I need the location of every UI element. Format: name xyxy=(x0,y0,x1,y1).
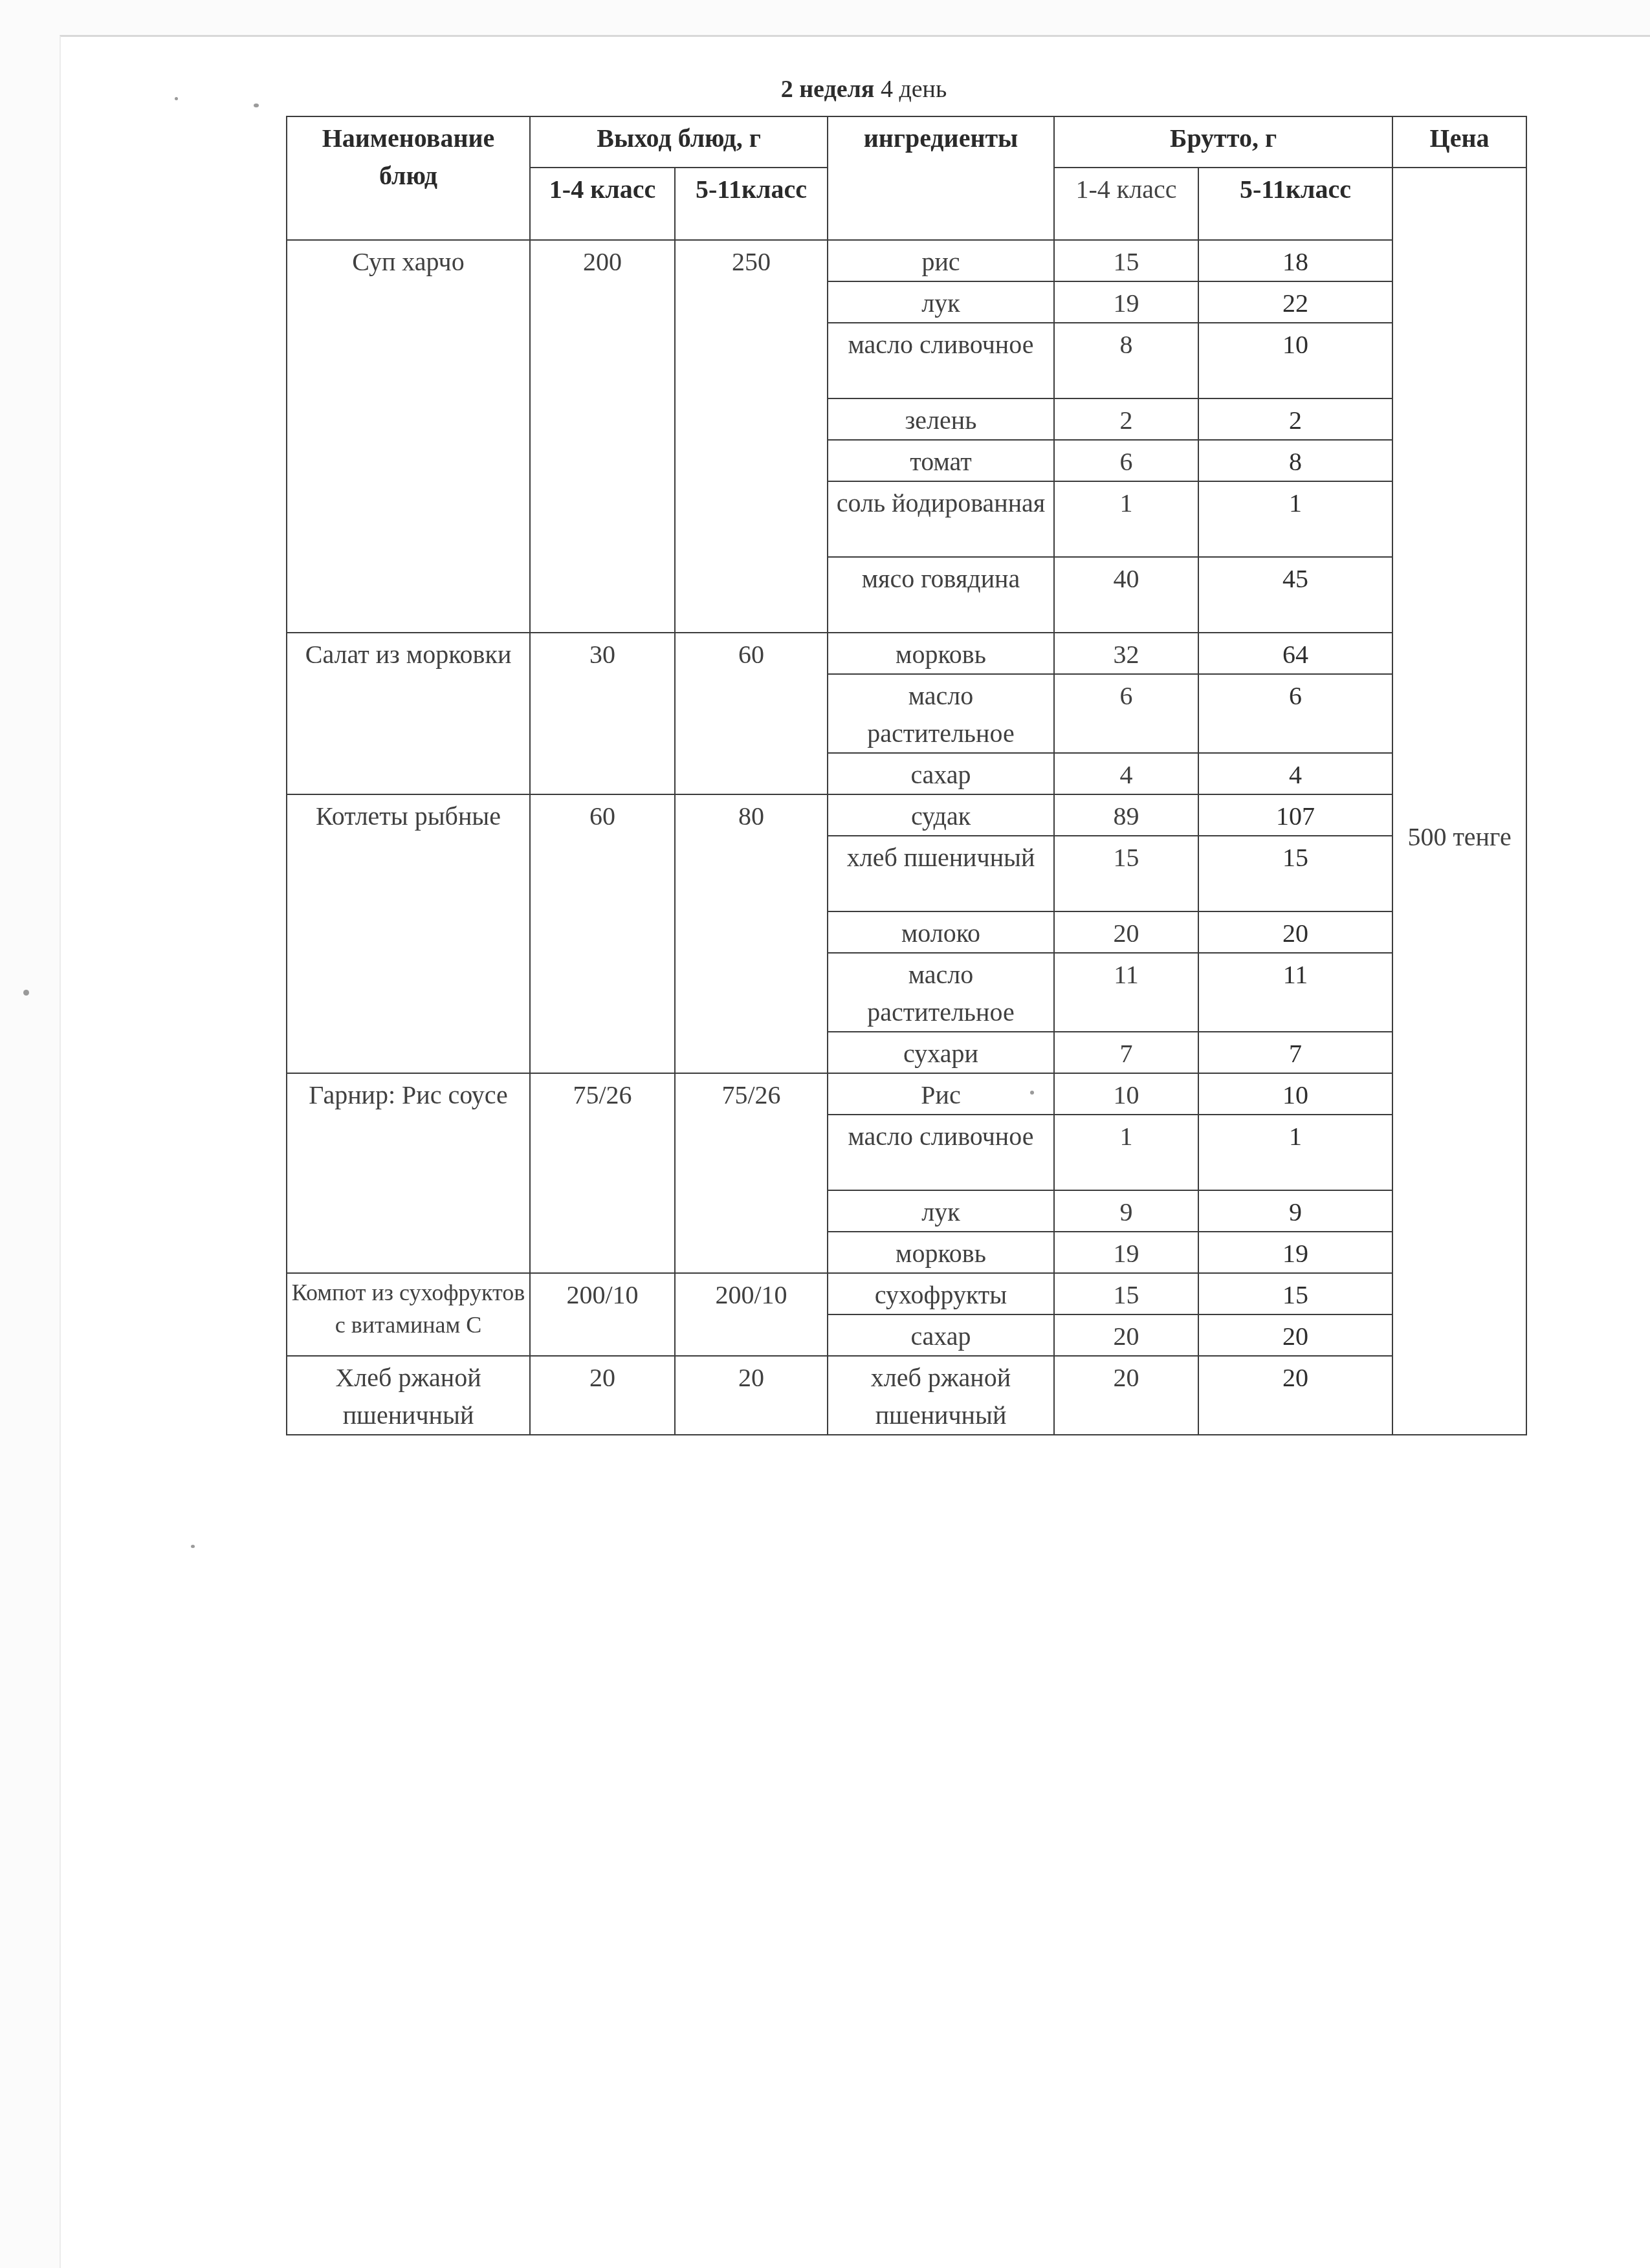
header-ingredients: ингредиенты xyxy=(828,116,1054,240)
header-yield-5-11: 5-11класс xyxy=(675,168,828,240)
gross-1-4: 15 xyxy=(1054,836,1198,911)
ingredient-name: молоко xyxy=(828,911,1054,953)
header-price-blank xyxy=(1392,168,1526,240)
header-gross-5-11: 5-11класс xyxy=(1198,168,1392,240)
dish-yield-1-4: 30 xyxy=(530,633,675,794)
ingredient-name: масло растительное xyxy=(828,674,1054,753)
gross-5-11: 2 xyxy=(1198,398,1392,440)
dish-name: Котлеты рыбные xyxy=(287,794,530,1073)
dish-yield-1-4: 200 xyxy=(530,240,675,633)
header-gross: Брутто, г xyxy=(1054,116,1392,168)
gross-5-11: 6 xyxy=(1198,674,1392,753)
gross-1-4: 89 xyxy=(1054,794,1198,836)
gross-5-11: 20 xyxy=(1198,1314,1392,1356)
gross-1-4: 7 xyxy=(1054,1032,1198,1073)
menu-body: Суп харчо200250рис1518 500 тенге лук1922… xyxy=(287,240,1526,1435)
title-week: 2 неделя xyxy=(781,76,875,103)
gross-1-4: 32 xyxy=(1054,633,1198,674)
ingredient-name: судак xyxy=(828,794,1054,836)
ingredient-name: хлеб пшеничный xyxy=(828,836,1054,911)
dish-name: Гарнир: Рис соусе xyxy=(287,1073,530,1273)
ingredient-name: хлеб ржаной пшеничный xyxy=(828,1356,1054,1435)
table-row: Компот из сухофруктов с витаминам С200/1… xyxy=(287,1273,1526,1314)
gross-5-11: 20 xyxy=(1198,1356,1392,1435)
table-row: Салат из морковки3060морковь3264 xyxy=(287,633,1526,674)
gross-5-11: 22 xyxy=(1198,281,1392,323)
gross-1-4: 15 xyxy=(1054,1273,1198,1314)
ingredient-name: масло сливочное xyxy=(828,1115,1054,1190)
gross-5-11: 4 xyxy=(1198,753,1392,794)
gross-5-11: 7 xyxy=(1198,1032,1392,1073)
price-value: 500 тенге xyxy=(1407,822,1511,851)
gross-1-4: 1 xyxy=(1054,481,1198,557)
menu-table: Наименование блюд Выход блюд, г ингредие… xyxy=(286,116,1527,1435)
gross-1-4: 40 xyxy=(1054,557,1198,633)
gross-1-4: 19 xyxy=(1054,281,1198,323)
gross-5-11: 10 xyxy=(1198,323,1392,398)
dish-yield-1-4: 200/10 xyxy=(530,1273,675,1356)
dish-yield-5-11: 60 xyxy=(675,633,828,794)
dish-name: Суп харчо xyxy=(287,240,530,633)
dish-name: Салат из морковки xyxy=(287,633,530,794)
gross-5-11: 45 xyxy=(1198,557,1392,633)
dish-yield-5-11: 20 xyxy=(675,1356,828,1435)
dish-name: Хлеб ржаной пшеничный xyxy=(287,1356,530,1435)
table-row: Суп харчо200250рис1518 500 тенге xyxy=(287,240,1526,281)
gross-1-4: 15 xyxy=(1054,240,1198,281)
gross-5-11: 11 xyxy=(1198,953,1392,1032)
gross-1-4: 4 xyxy=(1054,753,1198,794)
gross-5-11: 107 xyxy=(1198,794,1392,836)
gross-1-4: 10 xyxy=(1054,1073,1198,1115)
ingredient-name: морковь xyxy=(828,633,1054,674)
gross-1-4: 6 xyxy=(1054,674,1198,753)
gross-5-11: 64 xyxy=(1198,633,1392,674)
gross-1-4: 20 xyxy=(1054,911,1198,953)
dish-yield-1-4: 60 xyxy=(530,794,675,1073)
gross-1-4: 20 xyxy=(1054,1314,1198,1356)
ingredient-name: морковь xyxy=(828,1232,1054,1273)
dish-yield-5-11: 200/10 xyxy=(675,1273,828,1356)
gross-5-11: 8 xyxy=(1198,440,1392,481)
ingredient-name: сухофрукты xyxy=(828,1273,1054,1314)
gross-1-4: 19 xyxy=(1054,1232,1198,1273)
gross-1-4: 11 xyxy=(1054,953,1198,1032)
table-row: Гарнир: Рис соусе75/2675/26Рис1010 xyxy=(287,1073,1526,1115)
page-title: 2 неделя 4 день xyxy=(0,75,1650,104)
price-cell: 500 тенге xyxy=(1392,240,1526,1435)
scan-speck xyxy=(23,990,29,996)
ingredient-name: лук xyxy=(828,1190,1054,1232)
title-day: 4 день xyxy=(881,76,947,103)
scan-speck xyxy=(191,1545,195,1548)
ingredient-name: масло растительное xyxy=(828,953,1054,1032)
gross-1-4: 8 xyxy=(1054,323,1198,398)
header-yield: Выход блюд, г xyxy=(530,116,828,168)
dish-yield-1-4: 20 xyxy=(530,1356,675,1435)
table-row: Хлеб ржаной пшеничный2020хлеб ржаной пше… xyxy=(287,1356,1526,1435)
dish-yield-5-11: 80 xyxy=(675,794,828,1073)
table-row: Котлеты рыбные6080судак89107 xyxy=(287,794,1526,836)
header-dish-name: Наименование блюд xyxy=(287,116,530,240)
dish-yield-5-11: 250 xyxy=(675,240,828,633)
header-yield-1-4: 1-4 класс xyxy=(530,168,675,240)
gross-1-4: 20 xyxy=(1054,1356,1198,1435)
ingredient-name: соль йодированная xyxy=(828,481,1054,557)
ingredient-name: зелень xyxy=(828,398,1054,440)
ingredient-name: сахар xyxy=(828,753,1054,794)
dish-yield-5-11: 75/26 xyxy=(675,1073,828,1273)
ingredient-name: сахар xyxy=(828,1314,1054,1356)
dish-name: Компот из сухофруктов с витаминам С xyxy=(287,1273,530,1356)
scan-speck xyxy=(254,104,259,107)
gross-1-4: 9 xyxy=(1054,1190,1198,1232)
ingredient-name: томат xyxy=(828,440,1054,481)
gross-5-11: 1 xyxy=(1198,1115,1392,1190)
ingredient-name: рис xyxy=(828,240,1054,281)
ingredient-name: лук xyxy=(828,281,1054,323)
gross-5-11: 19 xyxy=(1198,1232,1392,1273)
gross-1-4: 6 xyxy=(1054,440,1198,481)
gross-5-11: 15 xyxy=(1198,1273,1392,1314)
gross-5-11: 20 xyxy=(1198,911,1392,953)
ingredient-name: сухари xyxy=(828,1032,1054,1073)
header-gross-1-4: 1-4 класс xyxy=(1054,168,1198,240)
gross-1-4: 1 xyxy=(1054,1115,1198,1190)
gross-5-11: 15 xyxy=(1198,836,1392,911)
gross-5-11: 9 xyxy=(1198,1190,1392,1232)
gross-5-11: 10 xyxy=(1198,1073,1392,1115)
dish-yield-1-4: 75/26 xyxy=(530,1073,675,1273)
gross-5-11: 1 xyxy=(1198,481,1392,557)
ingredient-name: мясо говядина xyxy=(828,557,1054,633)
ingredient-name: масло сливочное xyxy=(828,323,1054,398)
gross-1-4: 2 xyxy=(1054,398,1198,440)
gross-5-11: 18 xyxy=(1198,240,1392,281)
ingredient-name: Рис xyxy=(828,1073,1054,1115)
header-price: Цена xyxy=(1392,116,1526,168)
